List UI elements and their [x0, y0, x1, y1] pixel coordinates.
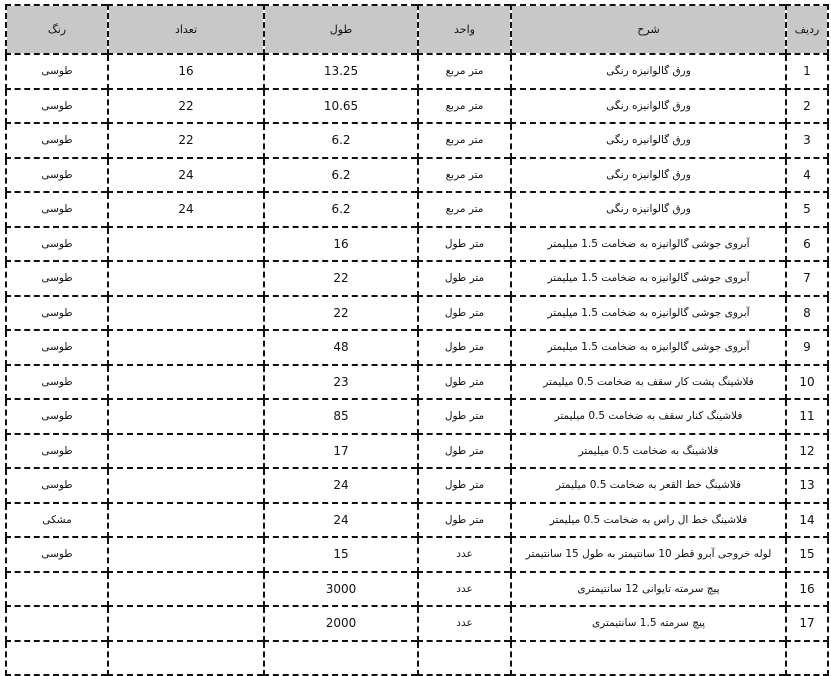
cell-description[interactable]: ورق گالوانیزه رنگی	[511, 89, 786, 124]
cell-unit[interactable]: متر طول	[418, 261, 511, 296]
header-description[interactable]: شرح	[511, 5, 786, 54]
cell-color[interactable]	[6, 606, 108, 641]
table-row: 11 فلاشینگ کنار سقف به ضخامت 0.5 میلیمتر…	[6, 399, 828, 434]
cell-unit[interactable]: عدد	[418, 572, 511, 607]
cell-color[interactable]: طوسی	[6, 89, 108, 124]
cell-description[interactable]: ورق گالوانیزه رنگی	[511, 54, 786, 89]
table-row: 14 فلاشینگ خط ال راس به ضخامت 0.5 میلیمت…	[6, 503, 828, 538]
cell-length[interactable]: 13.25	[264, 54, 418, 89]
cell-index[interactable]: 9	[786, 330, 828, 365]
cell-description[interactable]: فلاشینگ خط ال راس به ضخامت 0.5 میلیمتر	[511, 503, 786, 538]
cell-index[interactable]: 2	[786, 89, 828, 124]
cell-color[interactable]: طوسی	[6, 54, 108, 89]
cell-unit[interactable]: متر مربع	[418, 54, 511, 89]
cell-index[interactable]: 14	[786, 503, 828, 538]
cell-color[interactable]: طوسی	[6, 468, 108, 503]
cell-unit[interactable]: متر طول	[418, 296, 511, 331]
cell-description[interactable]: فلاشینگ خط القعر به ضخامت 0.5 میلیمتر	[511, 468, 786, 503]
cell-length[interactable]: 22	[264, 296, 418, 331]
cell-color[interactable]: طوسی	[6, 192, 108, 227]
cell-index[interactable]: 5	[786, 192, 828, 227]
cell-index[interactable]: 17	[786, 606, 828, 641]
cell-quantity[interactable]	[108, 261, 264, 296]
cell-unit[interactable]: متر طول	[418, 330, 511, 365]
cell-length[interactable]: 24	[264, 468, 418, 503]
cell-description[interactable]: فلاشینگ کنار سقف به ضخامت 0.5 میلیمتر	[511, 399, 786, 434]
cell-quantity[interactable]: 24	[108, 158, 264, 193]
cell-quantity[interactable]	[108, 537, 264, 572]
cell-description[interactable]: فلاشینگ پشت کار سقف به ضخامت 0.5 میلیمتر	[511, 365, 786, 400]
cell-description[interactable]: ورق گالوانیزه رنگی	[511, 192, 786, 227]
cell-empty[interactable]	[786, 641, 828, 646]
table-row: 16 پیچ سرمته تایوانی 12 سانتیمتری عدد 30…	[6, 572, 828, 607]
cell-index[interactable]: 12	[786, 434, 828, 469]
cell-unit[interactable]: متر مربع	[418, 192, 511, 227]
table-row: 5 ورق گالوانیزه رنگی متر مربع 6.2 24 طوس…	[6, 192, 828, 227]
cell-quantity[interactable]	[108, 468, 264, 503]
cell-unit[interactable]: متر مربع	[418, 123, 511, 158]
cell-color[interactable]	[6, 572, 108, 607]
cell-description[interactable]: لوله خروجی آبرو قطر 10 سانتیمتر به طول 1…	[511, 537, 786, 572]
cell-unit[interactable]: متر مربع	[418, 89, 511, 124]
cell-unit[interactable]: متر طول	[418, 399, 511, 434]
cell-empty[interactable]	[264, 641, 418, 646]
cell-color[interactable]: طوسی	[6, 296, 108, 331]
cell-empty[interactable]	[418, 641, 511, 646]
cell-index[interactable]: 8	[786, 296, 828, 331]
cell-quantity[interactable]: 22	[108, 89, 264, 124]
cell-color[interactable]: طوسی	[6, 537, 108, 572]
cell-length[interactable]: 2000	[264, 606, 418, 641]
cell-unit[interactable]: متر طول	[418, 365, 511, 400]
table-row: 9 آبروی جوشی گالوانیزه به ضخامت 1.5 میلی…	[6, 330, 828, 365]
cell-description[interactable]: ورق گالوانیزه رنگی	[511, 123, 786, 158]
cell-unit[interactable]: متر طول	[418, 434, 511, 469]
cell-unit[interactable]: متر طول	[418, 468, 511, 503]
cell-description[interactable]: آبروی جوشی گالوانیزه به ضخامت 1.5 میلیمت…	[511, 261, 786, 296]
cell-length[interactable]: 6.2	[264, 158, 418, 193]
cell-length[interactable]: 85	[264, 399, 418, 434]
cell-quantity[interactable]: 24	[108, 192, 264, 227]
cell-index[interactable]: 6	[786, 227, 828, 262]
cell-color[interactable]: مشکی	[6, 503, 108, 538]
table-row: 4 ورق گالوانیزه رنگی متر مربع 6.2 24 طوس…	[6, 158, 828, 193]
cell-quantity[interactable]	[108, 296, 264, 331]
header-unit[interactable]: واحد	[418, 5, 511, 54]
cell-quantity[interactable]	[108, 606, 264, 641]
table-row: 7 آبروی جوشی گالوانیزه به ضخامت 1.5 میلی…	[6, 261, 828, 296]
cell-length[interactable]: 17	[264, 434, 418, 469]
cell-length[interactable]: 6.2	[264, 192, 418, 227]
cell-unit[interactable]: عدد	[418, 537, 511, 572]
cell-empty[interactable]	[511, 641, 786, 646]
cell-color[interactable]: طوسی	[6, 365, 108, 400]
cell-description[interactable]: ورق گالوانیزه رنگی	[511, 158, 786, 193]
cell-unit[interactable]: متر مربع	[418, 158, 511, 193]
table-row-partial	[6, 641, 828, 646]
cell-description[interactable]: فلاشینگ به ضخامت 0.5 میلیمتر	[511, 434, 786, 469]
cell-length[interactable]: 15	[264, 537, 418, 572]
table-row: 1 ورق گالوانیزه رنگی متر مربع 13.25 16 ط…	[6, 54, 828, 89]
table-row: 17 پیچ سرمته 1.5 سانتیمتری عدد 2000	[6, 606, 828, 641]
header-color[interactable]: رنگ	[6, 5, 108, 54]
cell-index[interactable]: 16	[786, 572, 828, 607]
cell-description[interactable]: پیچ سرمته 1.5 سانتیمتری	[511, 606, 786, 641]
table-row: 15 لوله خروجی آبرو قطر 10 سانتیمتر به طو…	[6, 537, 828, 572]
cell-quantity[interactable]	[108, 503, 264, 538]
cell-length[interactable]: 24	[264, 503, 418, 538]
cell-color[interactable]: طوسی	[6, 434, 108, 469]
cell-empty[interactable]	[108, 641, 264, 646]
cell-index[interactable]: 10	[786, 365, 828, 400]
cell-length[interactable]: 10.65	[264, 89, 418, 124]
cell-length[interactable]: 22	[264, 261, 418, 296]
cell-quantity[interactable]	[108, 399, 264, 434]
cell-color[interactable]: طوسی	[6, 158, 108, 193]
cell-description[interactable]: پیچ سرمته تایوانی 12 سانتیمتری	[511, 572, 786, 607]
table-row: 3 ورق گالوانیزه رنگی متر مربع 6.2 22 طوس…	[6, 123, 828, 158]
spreadsheet: ردیف شرح واحد طول تعداد رنگ 1 ورق گالوان…	[5, 4, 829, 645]
cell-unit[interactable]: متر طول	[418, 503, 511, 538]
table-row: 13 فلاشینگ خط القعر به ضخامت 0.5 میلیمتر…	[6, 468, 828, 503]
cell-index[interactable]: 3	[786, 123, 828, 158]
cell-index[interactable]: 1	[786, 54, 828, 89]
cell-quantity[interactable]	[108, 434, 264, 469]
cell-index[interactable]: 11	[786, 399, 828, 434]
cell-color[interactable]: طوسی	[6, 123, 108, 158]
cell-description[interactable]: آبروی جوشی گالوانیزه به ضخامت 1.5 میلیمت…	[511, 227, 786, 262]
cell-quantity[interactable]: 16	[108, 54, 264, 89]
header-row: ردیف شرح واحد طول تعداد رنگ	[6, 5, 828, 54]
table-row: 2 ورق گالوانیزه رنگی متر مربع 10.65 22 ط…	[6, 89, 828, 124]
materials-table: ردیف شرح واحد طول تعداد رنگ 1 ورق گالوان…	[5, 4, 829, 645]
cell-index[interactable]: 7	[786, 261, 828, 296]
cell-length[interactable]: 48	[264, 330, 418, 365]
cell-color[interactable]: طوسی	[6, 261, 108, 296]
cell-quantity[interactable]	[108, 572, 264, 607]
table-row: 6 آبروی جوشی گالوانیزه به ضخامت 1.5 میلی…	[6, 227, 828, 262]
cell-length[interactable]: 23	[264, 365, 418, 400]
header-quantity[interactable]: تعداد	[108, 5, 264, 54]
header-index[interactable]: ردیف	[786, 5, 828, 54]
cell-index[interactable]: 13	[786, 468, 828, 503]
cell-empty[interactable]	[6, 641, 108, 646]
table-row: 10 فلاشینگ پشت کار سقف به ضخامت 0.5 میلی…	[6, 365, 828, 400]
header-length[interactable]: طول	[264, 5, 418, 54]
cell-description[interactable]: آبروی جوشی گالوانیزه به ضخامت 1.5 میلیمت…	[511, 296, 786, 331]
table-row: 12 فلاشینگ به ضخامت 0.5 میلیمتر متر طول …	[6, 434, 828, 469]
cell-color[interactable]: طوسی	[6, 399, 108, 434]
cell-color[interactable]: طوسی	[6, 330, 108, 365]
cell-quantity[interactable]: 22	[108, 123, 264, 158]
cell-index[interactable]: 4	[786, 158, 828, 193]
cell-description[interactable]: آبروی جوشی گالوانیزه به ضخامت 1.5 میلیمت…	[511, 330, 786, 365]
cell-unit[interactable]: عدد	[418, 606, 511, 641]
cell-color[interactable]: طوسی	[6, 227, 108, 262]
cell-length[interactable]: 6.2	[264, 123, 418, 158]
cell-length[interactable]: 3000	[264, 572, 418, 607]
cell-quantity[interactable]	[108, 365, 264, 400]
cell-index[interactable]: 15	[786, 537, 828, 572]
cell-length[interactable]: 16	[264, 227, 418, 262]
table-row: 8 آبروی جوشی گالوانیزه به ضخامت 1.5 میلی…	[6, 296, 828, 331]
cell-quantity[interactable]	[108, 227, 264, 262]
cell-unit[interactable]: متر طول	[418, 227, 511, 262]
cell-quantity[interactable]	[108, 330, 264, 365]
